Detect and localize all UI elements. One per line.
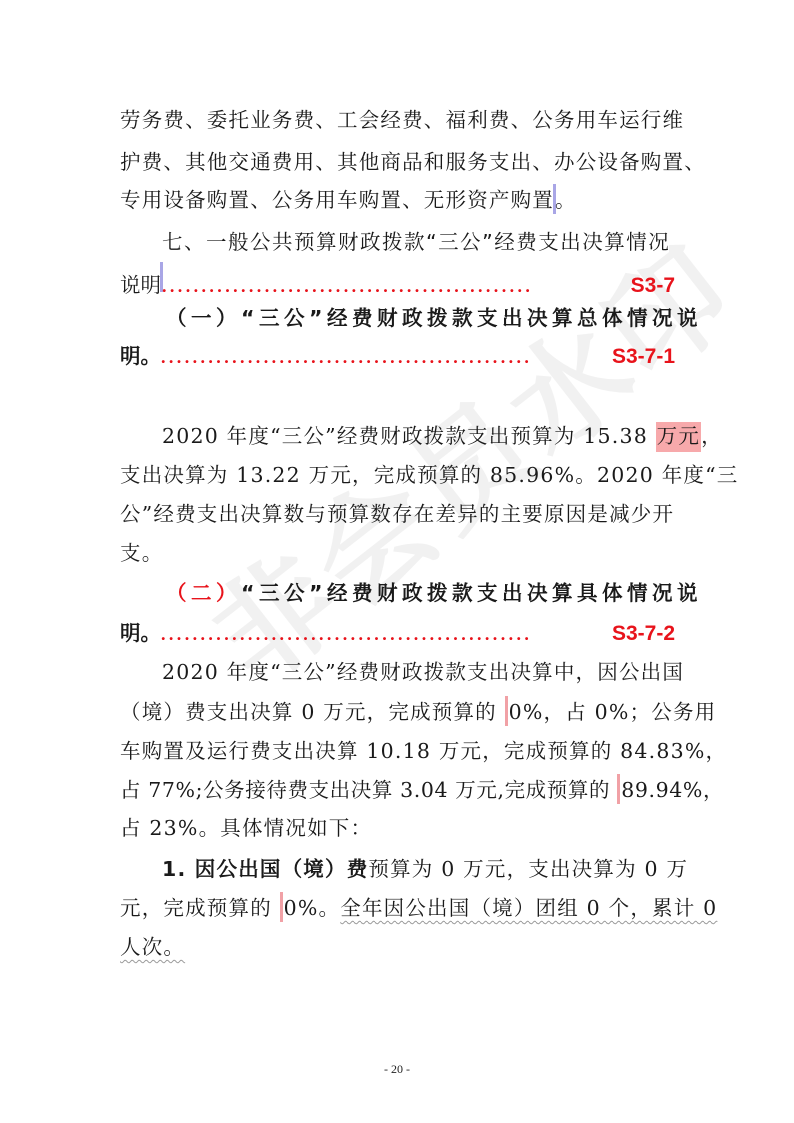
document-page: 非会员水印 劳务费、委托业务费、工会经费、福利费、公务用车运行维 护费、其他交通… — [0, 0, 794, 1123]
toc-entry-7-2-title[interactable]: （二）“三公”经费财政拨款支出决算具体情况说 — [166, 577, 675, 609]
item1-line-3: 人次。 — [120, 931, 675, 963]
toc-entry-7-lead: 说明 — [120, 269, 161, 301]
intro-line-1: 劳务费、委托业务费、工会经费、福利费、公务用车运行维 — [120, 104, 675, 136]
intro-line-2: 护费、其他交通费用、其他商品和服务支出、办公设备购置、 — [120, 146, 675, 178]
spellcheck-underlined-text: 人次。 — [120, 935, 185, 959]
intro-line-3-text: 专用设备购置、公务用车购置、无形资产购置 — [120, 188, 554, 212]
summary-punct: ， — [701, 424, 723, 448]
toc-dot-leader: ........................................… — [161, 618, 612, 650]
intro-line-3: 专用设备购置、公务用车购置、无形资产购置。 — [120, 184, 675, 216]
detail-line-4: 占 77%;公务接待费支出决算 3.04 万元,完成预算的 89.94%， — [120, 774, 675, 806]
summary-text: 2020 年度“三公”经费财政拨款支出预算为 15.38 — [162, 424, 656, 448]
detail-text: 0%，占 0%；公务用 — [509, 700, 717, 724]
item1-text: 0%。 — [284, 896, 341, 920]
summary-line-3: 公”经费支出决算数与预算数存在差异的主要原因是减少开 — [120, 498, 675, 530]
text-cursor — [617, 774, 620, 804]
page-number: - 20 - — [0, 1062, 794, 1077]
item1-line-1: 1. 因公出国（境）费预算为 0 万元，支出决算为 0 万 — [162, 853, 675, 885]
detail-text: 89.94%， — [621, 778, 724, 802]
item1-line-2: 元，完成预算的 0%。全年因公出国（境）团组 0 个，累计 0 — [120, 892, 675, 924]
toc-entry-7-2-lead: 明。 — [120, 617, 161, 649]
detail-line-3: 车购置及运行费支出决算 10.18 万元，完成预算的 84.83%， — [120, 735, 675, 767]
toc-entry-7-1-leader[interactable]: 明。 .....................................… — [120, 340, 675, 372]
toc-entry-7-2-leader[interactable]: 明。 .....................................… — [120, 617, 675, 649]
toc-entry-7-title[interactable]: 七、一般公共预算财政拨款“三公”经费支出决算情况 — [162, 226, 675, 258]
toc-entry-7-2-text: “三公”经费财政拨款支出决算具体情况说 — [241, 581, 702, 605]
spellcheck-underlined-text: 全年因公出国（境）团组 0 个，累计 0 — [340, 896, 717, 920]
toc-entry-7-leader[interactable]: 说明 .....................................… — [120, 262, 675, 294]
text-cursor — [505, 696, 508, 726]
toc-page-ref: S3-7-2 — [612, 618, 675, 650]
summary-line-1: 2020 年度“三公”经费财政拨款支出预算为 15.38 万元， — [162, 420, 675, 452]
detail-text: 占 77%;公务接待费支出决算 3.04 万元,完成预算的 — [120, 778, 617, 802]
item1-text: 预算为 0 万元，支出决算为 0 万 — [368, 857, 688, 881]
highlighted-text: 万元 — [656, 422, 701, 452]
toc-page-ref: S3-7 — [631, 270, 675, 302]
toc-entry-7-2-prefix: （二） — [166, 581, 241, 605]
detail-line-5: 占 23%。具体情况如下： — [120, 812, 675, 844]
intro-period: 。 — [555, 188, 577, 212]
detail-text: （境）费支出决算 0 万元，完成预算的 — [120, 700, 505, 724]
summary-line-2: 支出决算为 13.22 万元，完成预算的 85.96%。2020 年度“三 — [120, 459, 675, 491]
toc-dot-leader: ........................................… — [161, 341, 612, 373]
detail-line-1: 2020 年度“三公”经费财政拨款支出决算中，因公出国 — [162, 656, 675, 688]
toc-dot-leader: ........................................… — [162, 270, 631, 302]
toc-entry-7-1-title[interactable]: （一）“三公”经费财政拨款支出决算总体情况说 — [166, 302, 675, 334]
item1-label: 1. 因公出国（境）费 — [162, 857, 368, 881]
item1-text: 元，完成预算的 — [120, 896, 280, 920]
toc-entry-7-1-lead: 明。 — [120, 340, 161, 372]
detail-line-2: （境）费支出决算 0 万元，完成预算的 0%，占 0%；公务用 — [120, 696, 675, 728]
text-cursor — [280, 892, 283, 922]
summary-line-4: 支。 — [120, 537, 675, 569]
toc-page-ref: S3-7-1 — [612, 341, 675, 373]
